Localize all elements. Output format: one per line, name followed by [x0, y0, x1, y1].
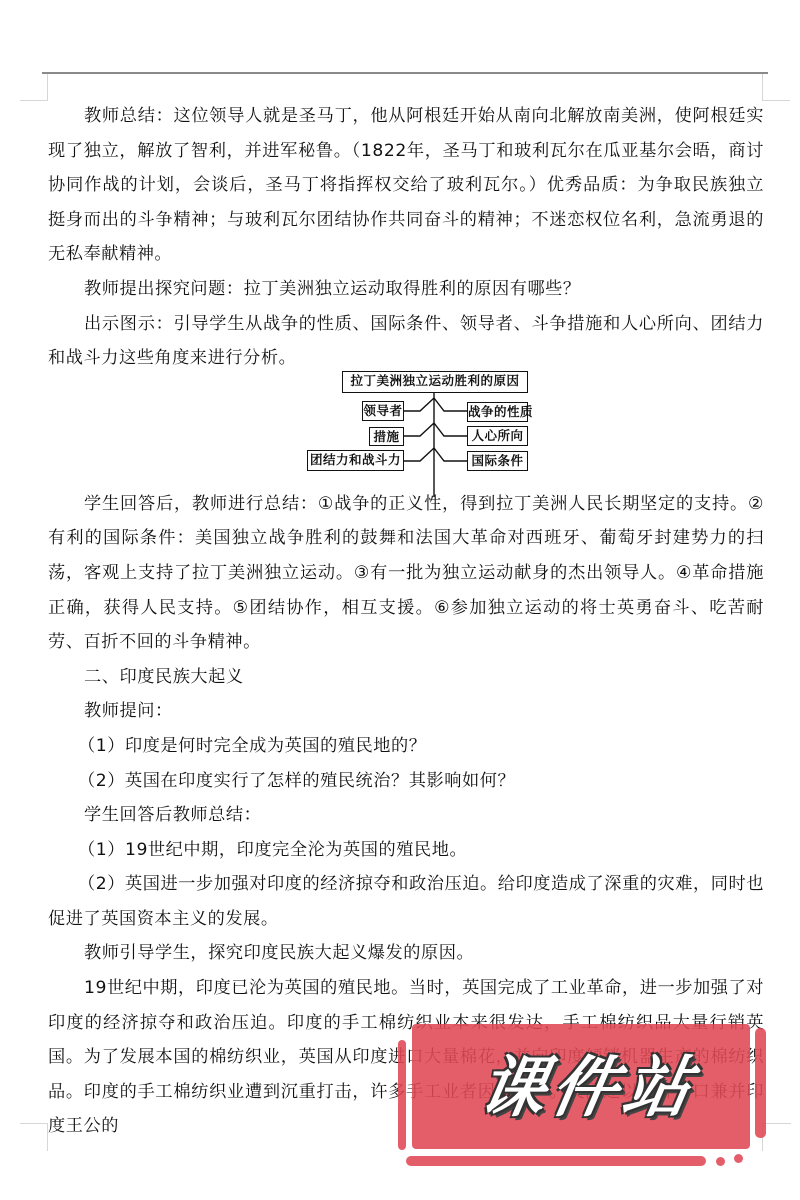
crop-mark-top-left — [20, 74, 48, 101]
stamp-edge-bottom — [406, 1156, 706, 1166]
diagram-box-measures: 措施 — [369, 427, 404, 446]
question-2: （2）英国在印度实行了怎样的殖民统治？其影响如何？ — [48, 764, 764, 799]
document-body: 教师总结：这位领导人就是圣马丁，他从阿根廷开始从南向北解放南美洲，使阿根廷实现了… — [48, 99, 764, 1144]
answer-2: （2）英国进一步加强对印度的经济掠夺和政治压迫。给印度造成了深重的灾难，同时也促… — [48, 867, 764, 936]
diagram-box-unity-combat: 团结力和战斗力 — [307, 450, 404, 471]
answer-1: （1）19世纪中期，印度完全沦为英国的殖民地。 — [48, 833, 764, 868]
diagram-box-popular-support: 人心所向 — [467, 426, 528, 446]
paragraph-inquiry-question: 教师提出探究问题：拉丁美洲独立运动取得胜利的原因有哪些？ — [48, 272, 764, 307]
crop-mark-bottom-right — [762, 1123, 791, 1151]
paragraph-after-answer: 学生回答后教师总结： — [48, 798, 764, 833]
paragraph-19th-century-india: 19世纪中期，印度已沦为英国的殖民地。当时，英国完成了工业革命，进一步加强了对印… — [48, 971, 764, 1144]
paragraph-explore-causes: 教师引导学生，探究印度民族大起义爆发的原因。 — [48, 936, 764, 971]
paragraph-teacher-asks: 教师提问： — [48, 694, 764, 729]
section-heading-indian-uprising: 二、印度民族大起义 — [48, 660, 764, 695]
crop-mark-bottom-left — [20, 1123, 48, 1151]
paragraph-teacher-summary-san-martin: 教师总结：这位领导人就是圣马丁，他从阿根廷开始从南向北解放南美洲，使阿根廷实现了… — [48, 99, 764, 272]
paragraph-show-diagram: 出示图示：引导学生从战争的性质、国际条件、领导者、斗争措施和人心所向、团结力和战… — [48, 307, 764, 376]
diagram-box-international-conditions: 国际条件 — [467, 451, 528, 471]
crop-mark-top-right — [762, 74, 790, 101]
diagram-connector-lines — [48, 379, 764, 517]
question-1: （1）印度是何时完全成为英国的殖民地的？ — [48, 729, 764, 764]
stamp-speck — [734, 1154, 743, 1163]
header-rule — [42, 72, 768, 74]
causes-diagram: 拉丁美洲独立运动胜利的原因 领导者 措施 团结力和战斗力 战争的性质 人心所向 … — [48, 379, 764, 517]
stamp-speck — [716, 1157, 725, 1166]
diagram-title-box: 拉丁美洲独立运动胜利的原因 — [342, 371, 528, 393]
diagram-box-leader: 领导者 — [362, 401, 404, 421]
diagram-box-nature-of-war: 战争的性质 — [467, 402, 528, 422]
